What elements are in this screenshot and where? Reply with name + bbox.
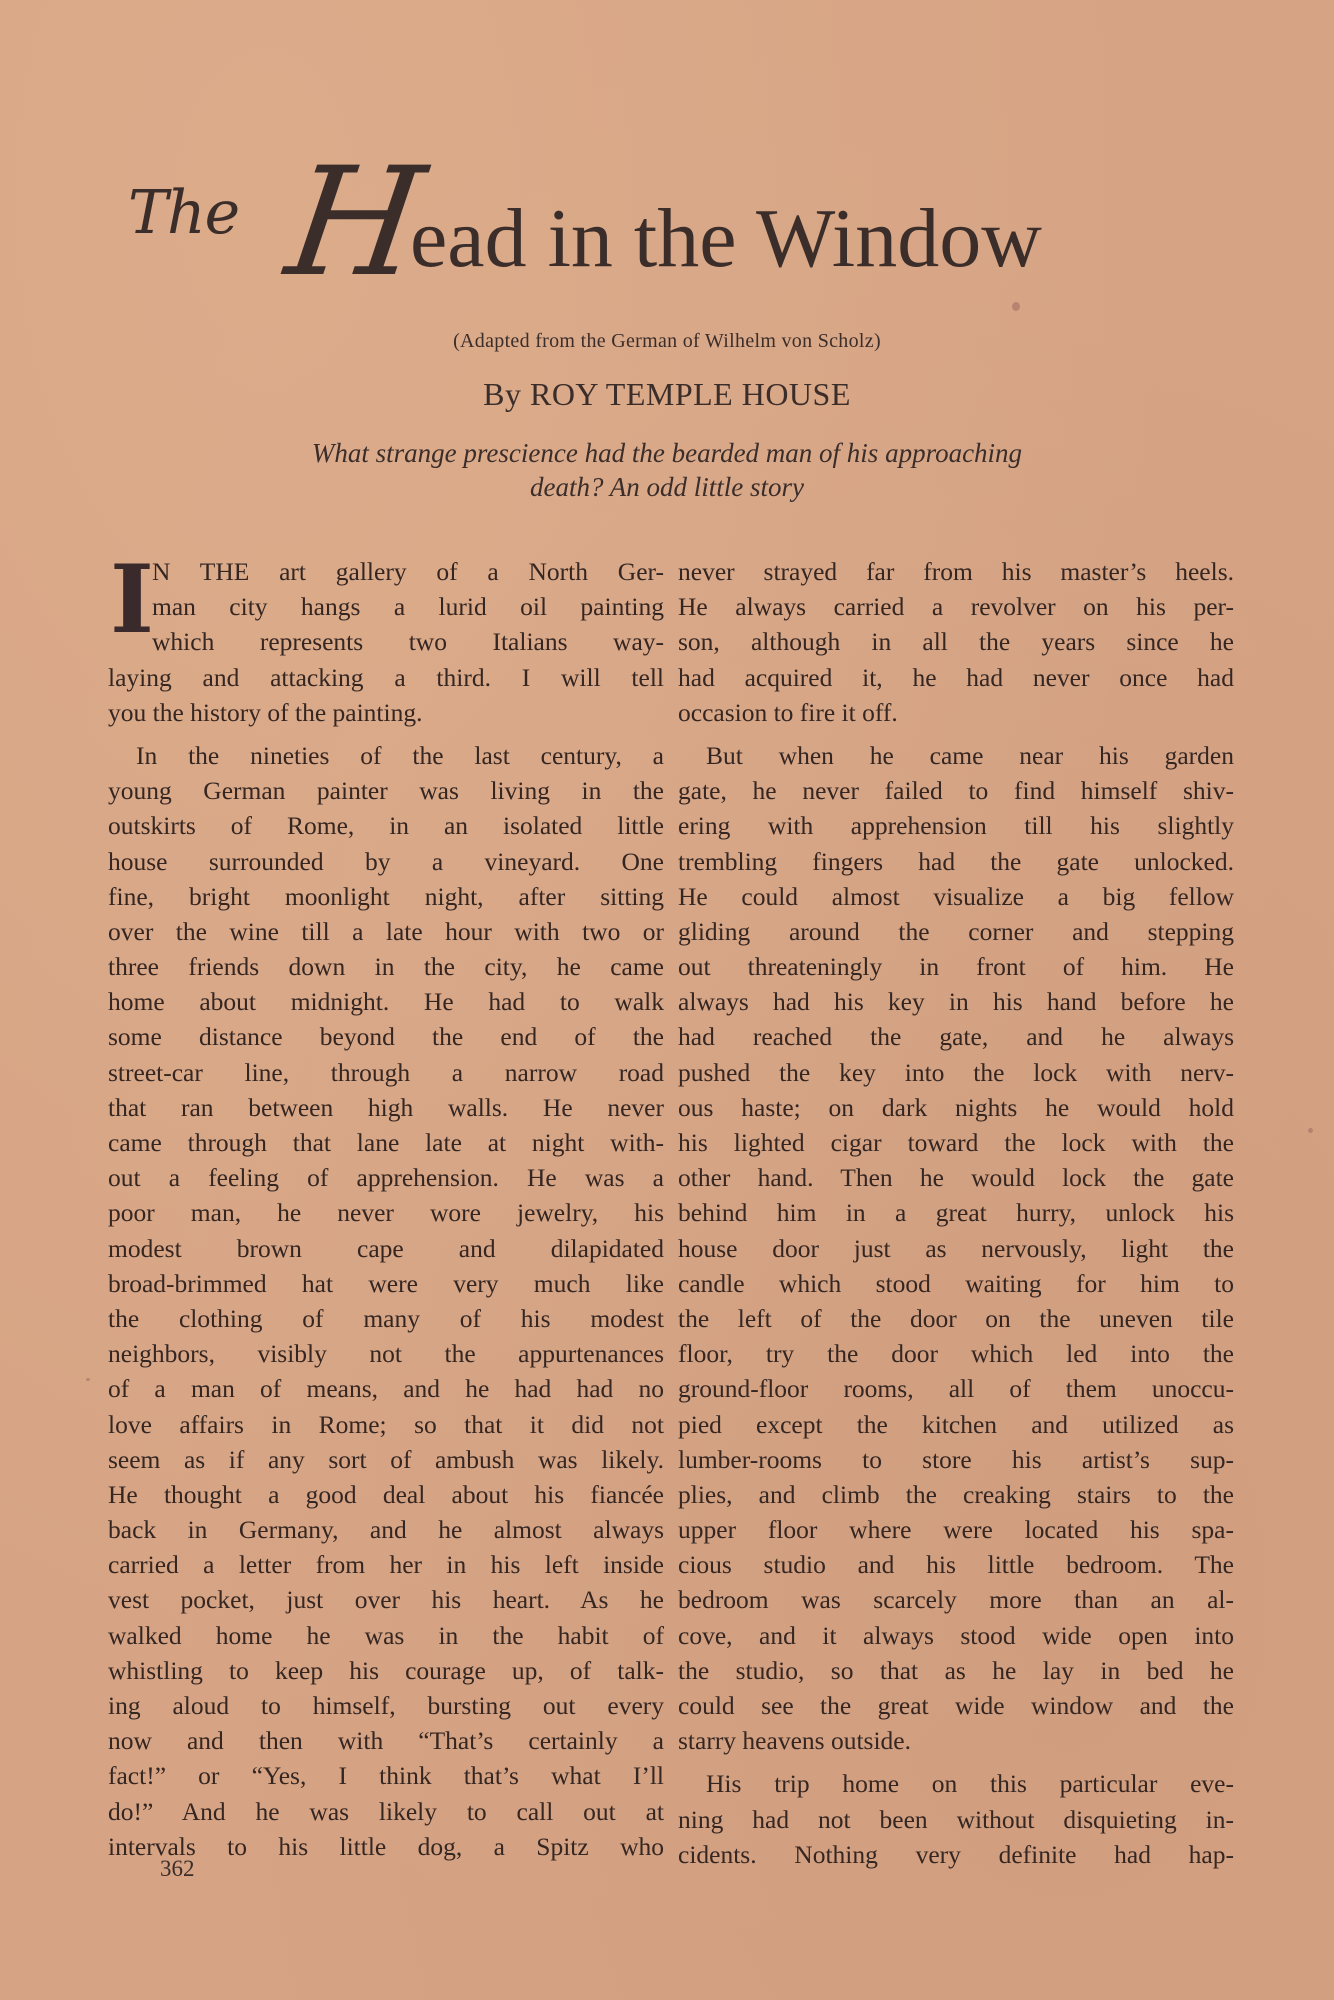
- text-line: He thought a good deal about his fiancée: [108, 1477, 664, 1512]
- text-line: trembling fingers had the gate unlocked.: [678, 844, 1234, 879]
- text-line: poor man, he never wore jewelry, his: [108, 1195, 664, 1230]
- page-number: 362: [160, 1856, 195, 1882]
- text-line: three friends down in the city, he came: [108, 949, 664, 984]
- text-line: out a feeling of apprehension. He was a: [108, 1160, 664, 1195]
- magazine-page: The H ead in the Window (Adapted from th…: [0, 0, 1334, 2000]
- text-line: always had his key in his hand before he: [678, 984, 1234, 1019]
- text-line: But when he came near his garden: [678, 738, 1234, 773]
- dek-line-1: What strange prescience had the bearded …: [0, 436, 1334, 470]
- text-line: back in Germany, and he almost always: [108, 1512, 664, 1547]
- text-line: that ran between high walls. He never: [108, 1090, 664, 1125]
- text-line: some distance beyond the end of the: [108, 1019, 664, 1054]
- text-line: vest pocket, just over his heart. As he: [108, 1582, 664, 1617]
- text-line: his lighted cigar toward the lock with t…: [678, 1125, 1234, 1160]
- author-byline: By ROY TEMPLE HOUSE: [0, 376, 1334, 413]
- text-line: cove, and it always stood wide open into: [678, 1618, 1234, 1653]
- text-line: ing aloud to himself, bursting out every: [108, 1688, 664, 1723]
- paper-speck: [1012, 302, 1020, 311]
- text-line: other hand. Then he would lock the gate: [678, 1160, 1234, 1195]
- text-line: ering with apprehension till his slightl…: [678, 808, 1234, 843]
- text-line: young German painter was living in the: [108, 773, 664, 808]
- text-line: gliding around the corner and stepping: [678, 914, 1234, 949]
- text-line: house door just as nervously, light the: [678, 1231, 1234, 1266]
- text-line: over the wine till a late hour with two …: [108, 914, 664, 949]
- text-line: starry heavens outside.: [678, 1723, 1234, 1758]
- text-line: He always carried a revolver on his per-: [678, 589, 1234, 624]
- text-line: modest brown cape and dilapidated: [108, 1231, 664, 1266]
- text-line: man city hangs a lurid oil painting: [108, 589, 664, 624]
- text-line: of a man of means, and he had had no: [108, 1371, 664, 1406]
- text-line: the left of the door on the uneven tile: [678, 1301, 1234, 1336]
- text-line: neighbors, visibly not the appurtenances: [108, 1336, 664, 1371]
- dek-line-2: death? An odd little story: [0, 470, 1334, 504]
- text-line: occasion to fire it off.: [678, 695, 1234, 730]
- text-line: In the nineties of the last century, a: [108, 738, 664, 773]
- text-line: had acquired it, he had never once had: [678, 660, 1234, 695]
- text-line: behind him in a great hurry, unlock his: [678, 1195, 1234, 1230]
- text-line: His trip home on this particular eve-: [678, 1766, 1234, 1801]
- text-line: street-car line, through a narrow road: [108, 1055, 664, 1090]
- text-line: out threateningly in front of him. He: [678, 949, 1234, 984]
- adaptation-note: (Adapted from the German of Wilhelm von …: [0, 330, 1334, 353]
- text-line: you the history of the painting.: [108, 695, 664, 730]
- text-line: ground-floor rooms, all of them unoccu-: [678, 1371, 1234, 1406]
- left-column: N THE art gallery of a North Ger- man ci…: [108, 554, 664, 1864]
- text-line: He could almost visualize a big fellow: [678, 879, 1234, 914]
- text-line: had reached the gate, and he always: [678, 1019, 1234, 1054]
- text-line: pied except the kitchen and utilized as: [678, 1407, 1234, 1442]
- text-line: son, although in all the years since he: [678, 624, 1234, 659]
- text-line: cidents. Nothing very definite had hap-: [678, 1837, 1234, 1872]
- text-line: love affairs in Rome; so that it did not: [108, 1407, 664, 1442]
- text-line: N THE art gallery of a North Ger-: [108, 554, 664, 589]
- text-line: floor, try the door which led into the: [678, 1336, 1234, 1371]
- text-line: never strayed far from his master’s heel…: [678, 554, 1234, 589]
- text-line: the studio, so that as he lay in bed he: [678, 1653, 1234, 1688]
- text-line: seem as if any sort of ambush was likely…: [108, 1442, 664, 1477]
- text-line: whistling to keep his courage up, of tal…: [108, 1653, 664, 1688]
- paper-speck: [1308, 1128, 1313, 1133]
- text-line: ous haste; on dark nights he would hold: [678, 1090, 1234, 1125]
- text-line: fine, bright moonlight night, after sitt…: [108, 879, 664, 914]
- text-line: carried a letter from her in his left in…: [108, 1547, 664, 1582]
- paper-speck: [86, 1378, 90, 1381]
- text-line: the clothing of many of his modest: [108, 1301, 664, 1336]
- text-line: could see the great wide window and the: [678, 1688, 1234, 1723]
- text-line: outskirts of Rome, in an isolated little: [108, 808, 664, 843]
- text-line: plies, and climb the creaking stairs to …: [678, 1477, 1234, 1512]
- text-line: now and then with “That’s certainly a: [108, 1723, 664, 1758]
- text-line: laying and attacking a third. I will tel…: [108, 660, 664, 695]
- text-line: came through that lane late at night wit…: [108, 1125, 664, 1160]
- text-line: broad-brimmed hat were very much like: [108, 1266, 664, 1301]
- text-line: which represents two Italians way-: [108, 624, 664, 659]
- text-line: candle which stood waiting for him to: [678, 1266, 1234, 1301]
- text-line: home about midnight. He had to walk: [108, 984, 664, 1019]
- text-line: pushed the key into the lock with nerv-: [678, 1055, 1234, 1090]
- title-prefix: The: [128, 178, 239, 248]
- text-line: ning had not been without disquieting in…: [678, 1802, 1234, 1837]
- text-line: walked home he was in the habit of: [108, 1618, 664, 1653]
- text-line: house surrounded by a vineyard. One: [108, 844, 664, 879]
- text-line: fact!” or “Yes, I think that’s what I’ll: [108, 1758, 664, 1793]
- text-line: lumber-rooms to store his artist’s sup-: [678, 1442, 1234, 1477]
- text-line: upper floor where were located his spa-: [678, 1512, 1234, 1547]
- title-initial-letter: H: [279, 148, 431, 298]
- title-text: ead in the Window: [410, 190, 1042, 287]
- story-dek: What strange prescience had the bearded …: [0, 436, 1334, 504]
- story-title: The H ead in the Window: [110, 160, 1210, 310]
- right-column: never strayed far from his master’s heel…: [678, 554, 1234, 1872]
- text-line: bedroom was scarcely more than an al-: [678, 1582, 1234, 1617]
- text-line: do!” And he was likely to call out at: [108, 1794, 664, 1829]
- text-line: cious studio and his little bedroom. The: [678, 1547, 1234, 1582]
- text-line: gate, he never failed to find himself sh…: [678, 773, 1234, 808]
